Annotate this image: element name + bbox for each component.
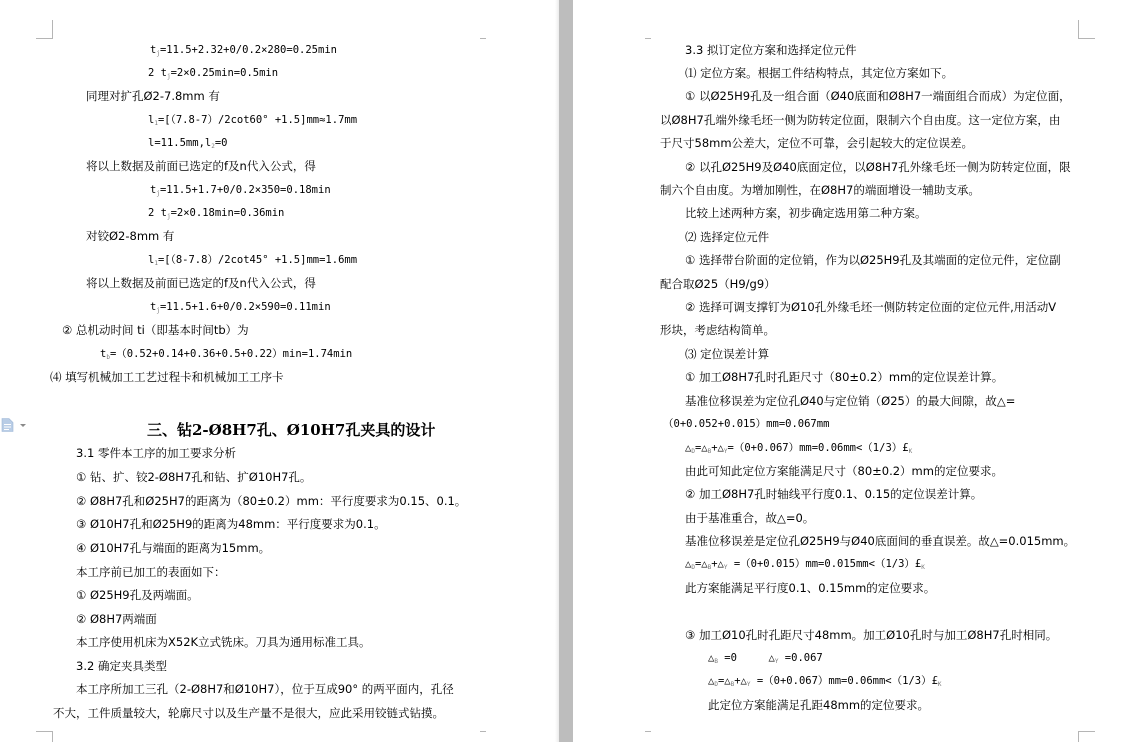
formula-line: 2 tj=2×0.18min=0.36min (148, 206, 284, 224)
text-line: ② 以孔Ø25H9及Ø40底面定位，以Ø8H7孔外缘毛坯一侧为防转定位面，限 (685, 160, 1071, 174)
formula-line: l=11.5mm,l2=0 (148, 136, 228, 154)
text-line: ③ 加工Ø10孔时孔距尺寸48mm。加工Ø10孔时与加工Ø8H7孔时相同。 (685, 628, 1057, 642)
formula-line: 2 tj=2×0.25min=0.5min (148, 66, 278, 84)
text-line: 形块，考虑结构简单。 (660, 323, 775, 337)
text-line: ⑶ 定位误差计算 (685, 347, 769, 361)
formula-line: △D=△B+△Y =（0+0.067）mm=0.06mm<（1/3）£K (708, 674, 942, 692)
text-line: 本工序使用机床为X52K立式铣床。刀具为通用标准工具。 (76, 635, 371, 649)
text-line: 同理对扩孔Ø2-7.8mm 有 (86, 89, 220, 103)
text-line: 制六个自由度。为增加刚性，在Ø8H7的端面增设一辅助支承。 (660, 183, 980, 197)
text-line: ⑴ 定位方案。根据工件结构特点，其定位方案如下。 (685, 66, 953, 80)
text-line: ① 加工Ø8H7孔时孔距尺寸（80±0.2）mm的定位误差计算。 (685, 370, 1003, 384)
text-line: ④ Ø10H7孔与端面的距离为15mm。 (76, 541, 270, 555)
formula-line: tj=11.5+1.6+0/0.2×590=0.11min (150, 300, 331, 318)
text-line: 此方案能满足平行度0.1、0.15mm的定位要求。 (685, 581, 935, 595)
text-line: 不大，工件质量较大，轮廓尺寸以及生产量不是很大，应此采用铰链式钻摸。 (53, 706, 444, 720)
formula-line: tj=11.5+1.7+0/0.2×350=0.18min (150, 183, 331, 201)
formula-line: △D=△B+△Y =（0+0.015）mm=0.015mm<（1/3）£K (685, 557, 925, 575)
document-page-right[interactable]: 3.3 拟订定位方案和选择定位元件 ⑴ 定位方案。根据工件结构特点，其定位方案如… (573, 0, 1140, 742)
text-line: 由于基准重合，故△=0。 (685, 511, 814, 525)
document-viewport: tj=11.5+2.32+0/0.2×280=0.25min 2 tj=2×0.… (0, 0, 1140, 742)
page-corner-mark-bottom-left (36, 731, 53, 742)
formula-line: l1=[（7.8-7）/2cot60° +1.5]mm≈1.7mm (148, 113, 357, 131)
text-line: 比较上述两种方案，初步确定选用第二种方案。 (685, 206, 927, 220)
page-corner-mark-bottom-right (480, 731, 486, 732)
text-line: 由此可知此定位方案能满足尺寸（80±0.2）mm的定位要求。 (685, 464, 1003, 478)
page-gutter (559, 0, 573, 742)
formula-line: △D=△B+△Y=（0+0.067）mm=0.06mm<（1/3）£K (685, 441, 912, 459)
formula-line: tb=（0.52+0.14+0.36+0.5+0.22）min=1.74min (100, 347, 352, 365)
subsection-title: 3.1 零件本工序的加工要求分析 (76, 446, 236, 460)
text-line: ③ Ø10H7孔和Ø25H9的距离为48mm：平行度要求为0.1。 (76, 517, 386, 531)
page-corner-mark-bottom-left (645, 731, 651, 732)
text-line: 本工序前已加工的表面如下： (76, 565, 226, 579)
text-line: ① 钻、扩、铰2-Ø8H7孔和钻、扩Ø10H7孔。 (76, 470, 311, 484)
page-corner-mark-top-left (645, 38, 651, 39)
subsection-title: 3.2 确定夹具类型 (76, 659, 167, 673)
text-line: 配合取Ø25（H9/g9） (660, 277, 776, 291)
text-line: ① Ø25H9孔及两端面。 (76, 588, 199, 602)
text-line: 此定位方案能满足孔距48mm的定位要求。 (708, 698, 929, 712)
text-line: ② 加工Ø8H7孔时轴线平行度0.1、0.15的定位误差计算。 (685, 487, 982, 501)
page-corner-mark-top-right (1078, 20, 1095, 39)
formula-line: tj=11.5+2.32+0/0.2×280=0.25min (150, 43, 337, 61)
text-line: ② Ø8H7两端面 (76, 612, 157, 626)
text-line: ② Ø8H7孔和Ø25H7的距离为（80±0.2）mm：平行度要求为0.15、0… (76, 494, 466, 508)
text-line: 本工序所加工三孔（2-Ø8H7和Ø10H7），位于互成90° 的两平面内，孔径 (76, 682, 454, 696)
text-line: 基准位移误差为定位孔Ø40与定位销（Ø25）的最大间隙，故△= (685, 394, 1015, 408)
text-line: 将以上数据及前面已选定的f及n代入公式，得 (86, 276, 316, 290)
section-heading: 三、钻2-Ø8H7孔、Ø10H7孔夹具的设计 (147, 419, 435, 440)
page-corner-mark-top-right (480, 38, 486, 39)
text-line: ② 总机动时间 ti（即基本时间tb）为 (62, 323, 249, 337)
document-icon[interactable] (1, 418, 14, 432)
text-line: ⑵ 选择定位元件 (685, 230, 769, 244)
text-line: 以Ø8H7孔端外缘毛坯一侧为防转定位面，限制六个自由度。这一定位方案，由 (660, 113, 1060, 127)
text-line: ① 选择带台阶面的定位销，作为以Ø25H9孔及其端面的定位元件，定位副 (685, 253, 1061, 267)
chevron-down-icon[interactable] (20, 424, 26, 427)
page-corner-mark-top-left (36, 20, 53, 39)
text-line: ① 以Ø25H9孔及一组合面（Ø40底面和Ø8H7一端面组合而成）为定位面， (685, 89, 1071, 103)
formula-line: △B =0 △Y =0.067 (708, 651, 823, 669)
subsection-title: 3.3 拟订定位方案和选择定位元件 (685, 43, 856, 57)
text-line: ② 选择可调支撑钉为Ø10孔外缘毛坯一侧防转定位面的定位元件,用活动V (685, 300, 1056, 314)
text-line: 将以上数据及前面已选定的f及n代入公式，得 (86, 159, 316, 173)
text-line: ⑷ 填写机械加工工艺过程卡和机械加工工序卡 (50, 370, 284, 384)
formula-line: l1=[（8-7.8）/2cot45° +1.5]mm=1.6mm (148, 253, 357, 271)
text-line: 基准位移误差是定位孔Ø25H9与Ø40底面间的垂直误差。故△=0.015mm。 (685, 534, 1075, 548)
formula-line: （0+0.052+0.015）mm=0.067mm (663, 417, 829, 431)
text-line: 于尺寸58mm公差大，定位不可靠，会引起较大的定位误差。 (660, 136, 973, 150)
page-corner-mark-bottom-right (1078, 731, 1095, 742)
text-line: 对铰Ø2-8mm 有 (86, 229, 174, 243)
document-page-left[interactable]: tj=11.5+2.32+0/0.2×280=0.25min 2 tj=2×0.… (0, 0, 559, 742)
